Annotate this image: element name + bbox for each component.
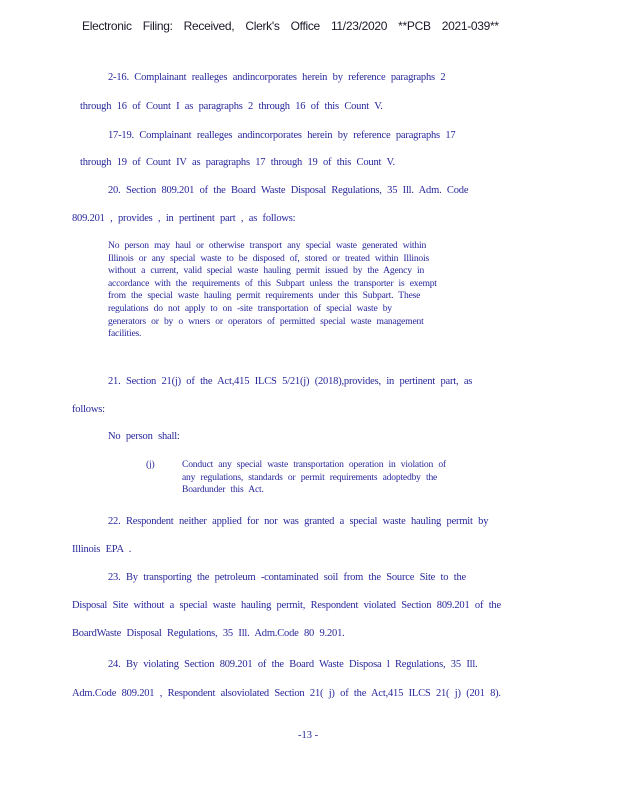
- para-21-item-label: (j): [146, 459, 154, 472]
- para-2-16-line2: through 16 of Count I as paragraphs 2 th…: [80, 101, 383, 112]
- quote-line: Illinois or any special waste to be disp…: [108, 253, 437, 266]
- para-2-16-line1: 2-16. Complainant realleges andincorpora…: [108, 72, 445, 83]
- quote-line: from the special waste hauling permit re…: [108, 290, 437, 303]
- para-22-line1: 22. Respondent neither applied for nor w…: [108, 516, 488, 527]
- para-24-line2: Adm.Code 809.201 , Respondent alsoviolat…: [72, 688, 501, 699]
- para-23-line3: BoardWaste Disposal Regulations, 35 Ill.…: [72, 628, 345, 639]
- quote-line: without a current, valid special waste h…: [108, 265, 437, 278]
- para-17-19-line1: 17-19. Complainant realleges andincorpor…: [108, 130, 455, 141]
- para-23-line2: Disposal Site without a special waste ha…: [72, 600, 501, 611]
- para-21-line1: 21. Section 21(j) of the Act,415 ILCS 5/…: [108, 376, 472, 387]
- filing-header: Electronic Filing: Received, Clerk's Off…: [82, 19, 542, 33]
- para-23-line1: 23. By transporting the petroleum -conta…: [108, 572, 466, 583]
- quote-line: regulations do not apply to on -site tra…: [108, 303, 437, 316]
- quote-line: No person may haul or otherwise transpor…: [108, 240, 437, 253]
- para-20-line1: 20. Section 809.201 of the Board Waste D…: [108, 185, 468, 196]
- para-17-19-line2: through 19 of Count IV as paragraphs 17 …: [80, 157, 395, 168]
- quote-line: accordance with the requirements of this…: [108, 278, 437, 291]
- para-21-item: Conduct any special waste transportation…: [182, 459, 446, 497]
- quote-line: facilities.: [108, 328, 437, 341]
- para-20-quote: No person may haul or otherwise transpor…: [108, 240, 437, 341]
- item-line: Conduct any special waste transportation…: [182, 459, 446, 472]
- para-24-line1: 24. By violating Section 809.201 of the …: [108, 659, 478, 670]
- para-21-line2: follows:: [72, 404, 105, 415]
- para-21-lead: No person shall:: [108, 431, 180, 442]
- item-line: Boardunder this Act.: [182, 484, 446, 497]
- para-20-line2: 809.201 , provides , in pertinent part ,…: [72, 213, 295, 224]
- page-number: -13 -: [298, 730, 318, 741]
- para-22-line2: Illinois EPA .: [72, 544, 131, 555]
- item-line: any regulations, standards or permit req…: [182, 472, 446, 485]
- quote-line: generators or by o wners or operators of…: [108, 316, 437, 329]
